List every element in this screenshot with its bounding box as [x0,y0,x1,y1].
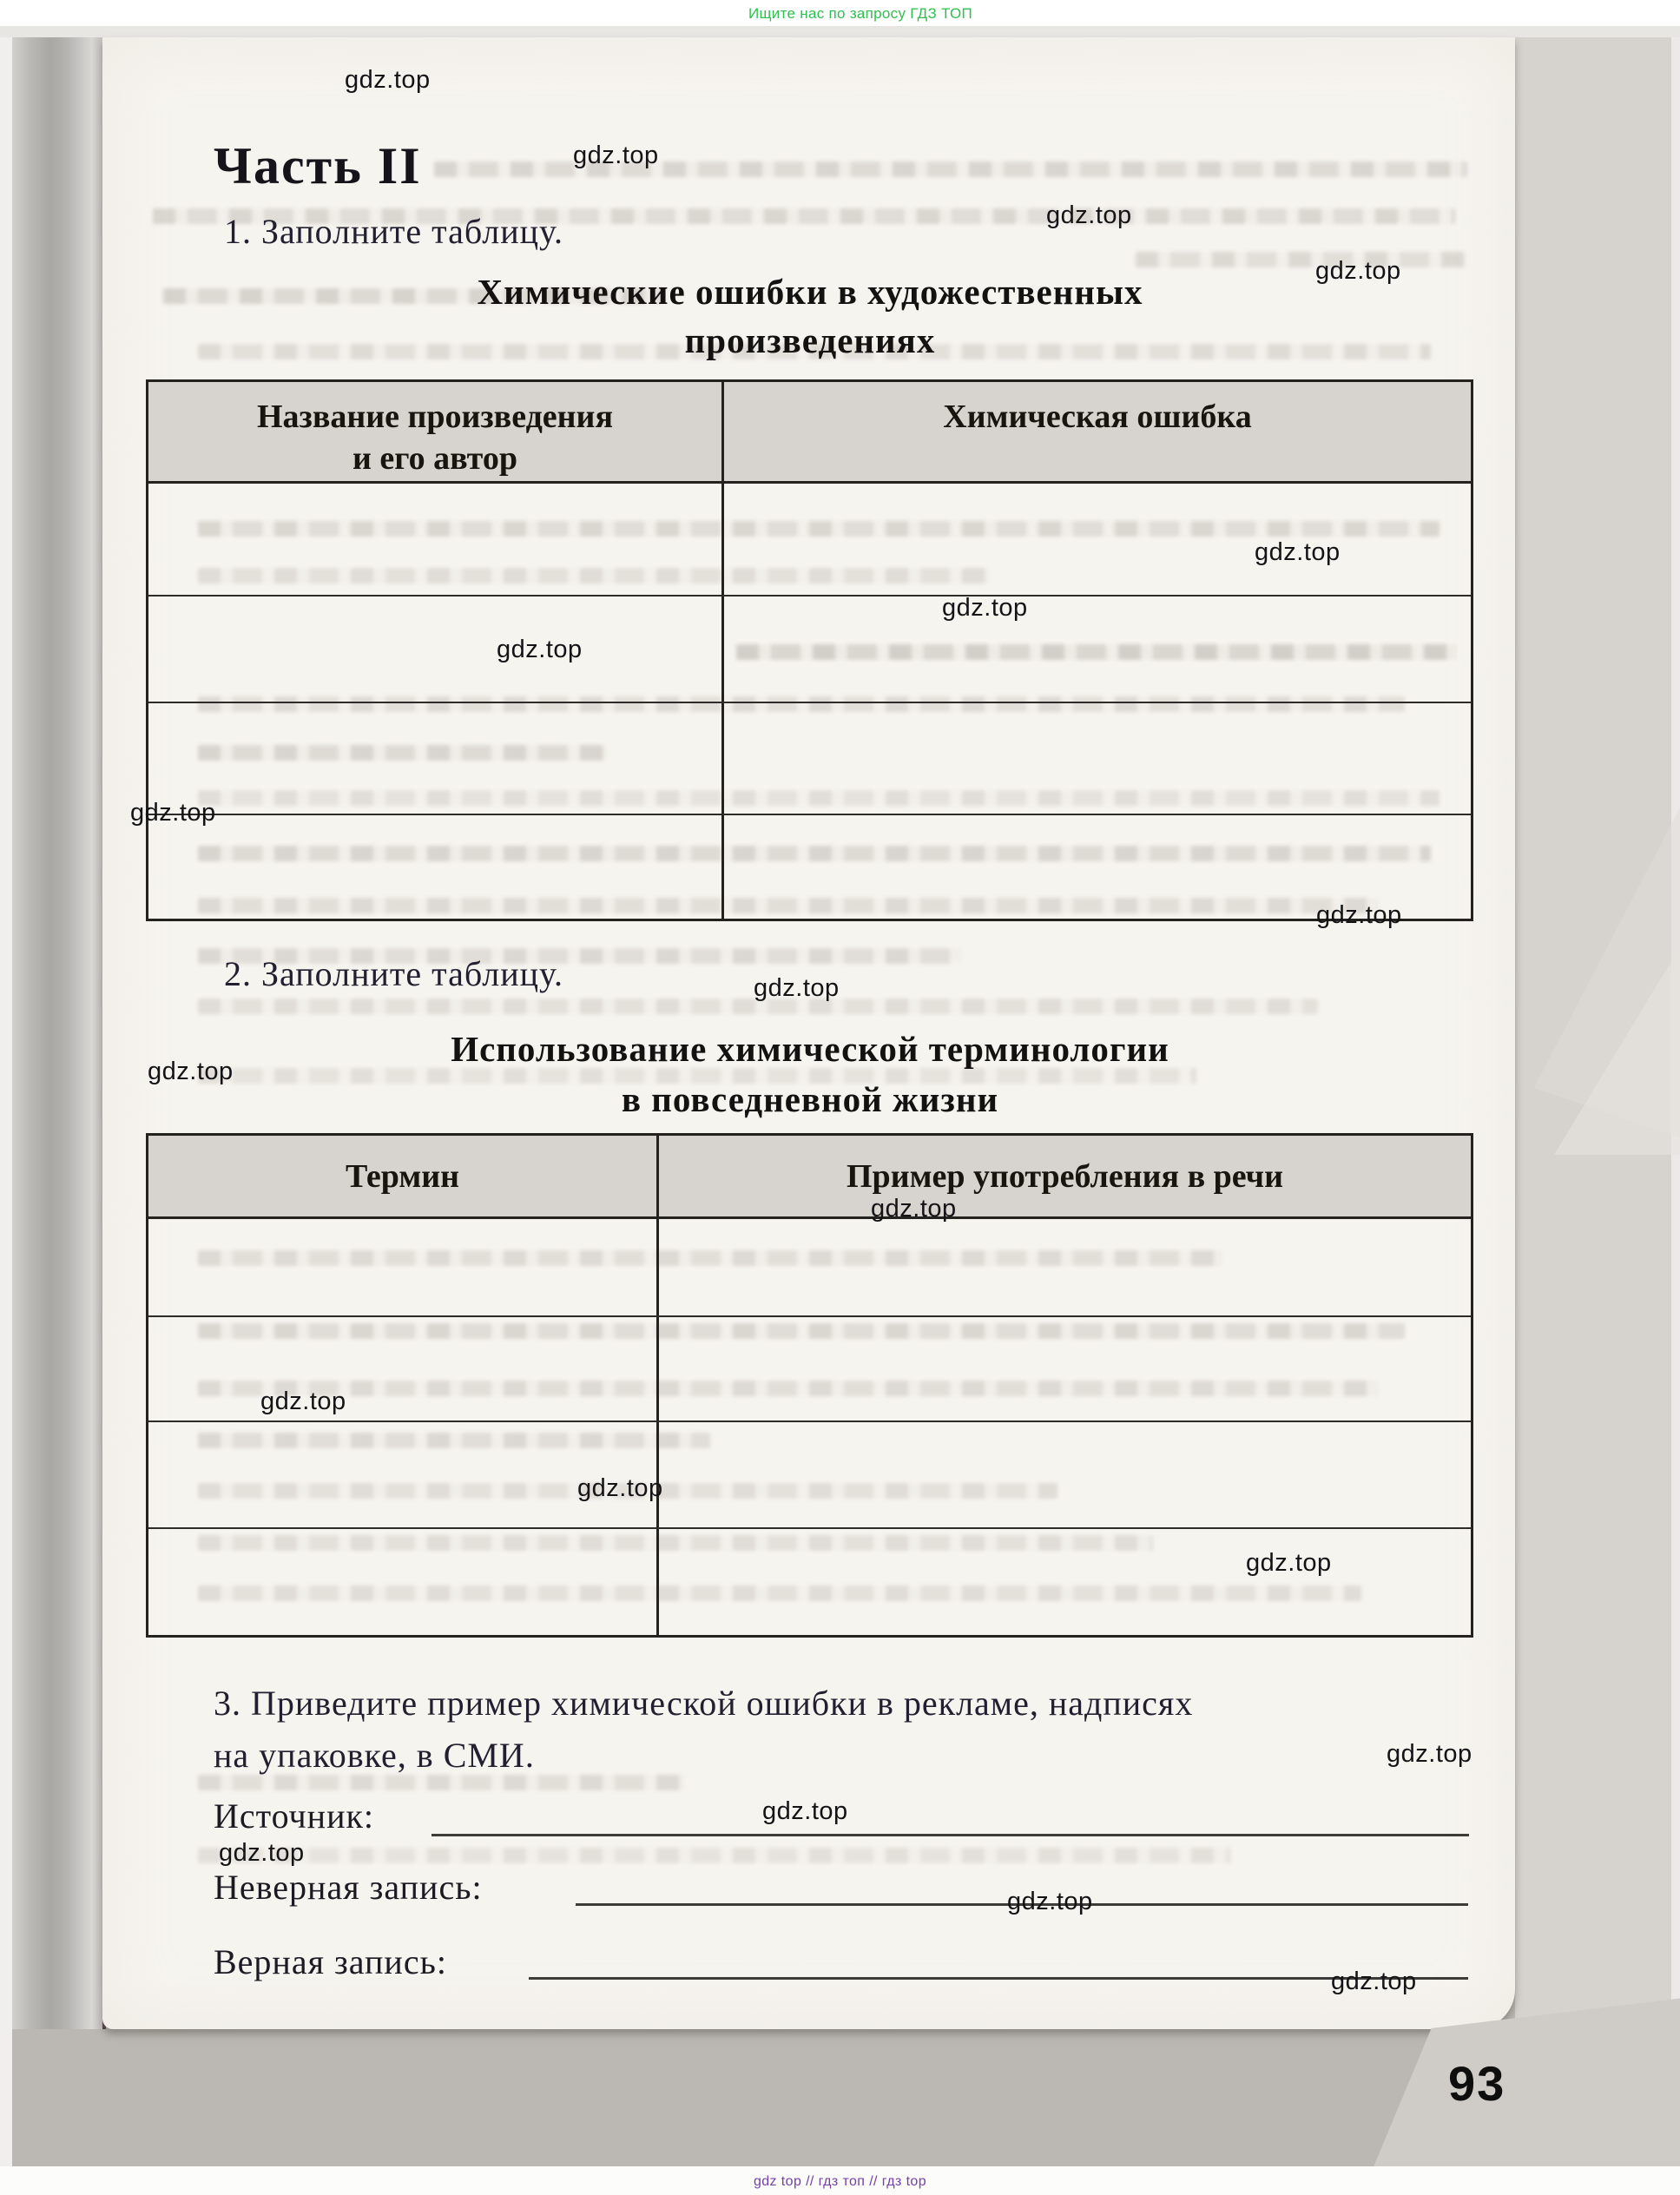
task-3-instruction-line-2: на упаковке, в СМИ. [214,1735,535,1776]
table-row [148,595,1471,702]
table-2-col-2-header: Пример употребления в речи [659,1136,1471,1216]
table-1: Название произведения и его автор Химиче… [146,379,1473,921]
table-1-col-2-header: Химическая ошибка [724,382,1471,481]
table-cell-empty [724,597,1471,702]
table-cell-empty [724,484,1471,595]
table-cell-empty [659,1529,1471,1635]
table-cell-empty [724,703,1471,814]
table-cell-empty [148,1317,659,1420]
scanner-left-edge [0,37,12,2166]
watermark: gdz.top [1007,1889,1093,1915]
watermark: gdz.top [1331,1969,1417,1994]
page-number: 93 [1448,2060,1505,2108]
table-row [148,702,1471,814]
table-cell-empty [148,703,724,814]
watermark: gdz.top [130,801,216,826]
bleed-through-line [198,1775,684,1790]
watermark: gdz.top [1255,540,1341,565]
watermark: gdz.top [762,1799,848,1824]
watermark: gdz.top [148,1059,234,1084]
table-cell-empty [659,1219,1471,1315]
table-row [148,814,1471,919]
watermark: gdz.top [942,596,1028,621]
bleed-through-line [1136,252,1466,267]
table-1-col-1-header-line-2: и его автор [148,438,721,479]
watermark: gdz.top [1315,259,1401,284]
promo-banner-top: Ищите нас по запросу ГДЗ ТОП [748,5,972,23]
bleed-through-line [198,1848,1231,1863]
table-cell-empty [148,484,724,595]
scanned-workbook-screenshot: Ищите нас по запросу ГДЗ ТОП Часть II 1.… [0,0,1680,2195]
table-cell-empty [148,815,724,919]
table-1-title-line-1: Химические ошибки в художественных [146,267,1474,317]
table-cell-empty [148,1529,659,1635]
source-label: Источник: [214,1796,374,1837]
watermark: gdz.top [1387,1742,1472,1767]
table-cell-empty [148,597,724,702]
watermark: gdz.top [260,1389,346,1414]
correct-entry-label: Верная запись: [214,1941,447,1983]
book-spine-shadow [12,37,106,2029]
table-1-header-row: Название произведения и его автор Химиче… [148,382,1471,484]
table-row [148,1219,1471,1315]
wrong-entry-label: Неверная запись: [214,1867,483,1908]
table-row [148,1315,1471,1420]
watermark: gdz.top [1316,903,1402,928]
watermark: gdz.top [1246,1551,1332,1576]
table-1-col-1-header-line-1: Название произведения [148,396,721,438]
table-2-col-1-header: Термин [148,1136,659,1216]
correct-entry-write-in-line [529,1977,1468,1980]
table-1-title-line-2: произведениях [146,316,1474,366]
table-row [148,1420,1471,1527]
watermark: gdz.top [577,1476,663,1501]
watermark: gdz.top [345,68,431,93]
top-gray-divider [0,26,1680,37]
watermark: gdz.top [497,637,583,662]
table-cell-empty [148,1219,659,1315]
table-1-col-1-header: Название произведения и его автор [148,382,724,481]
task-1-instruction: 1. Заполните таблицу. [224,211,563,253]
source-write-in-line [432,1834,1469,1836]
task-2-instruction: 2. Заполните таблицу. [224,953,563,995]
watermark: gdz.top [754,976,840,1001]
part-heading: Часть II [214,137,422,194]
table-cell-empty [659,1422,1471,1527]
watermark: gdz.top [1046,203,1132,228]
table-2-title-line-2: в повседневной жизни [146,1075,1474,1124]
watermark: gdz.top [573,143,659,168]
table-row [148,1527,1471,1635]
task-3-instruction-line-1: 3. Приведите пример химической ошибки в … [214,1683,1193,1724]
table-cell-empty [659,1317,1471,1420]
table-2-header-row: Термин Пример употребления в речи [148,1136,1471,1219]
promo-banner-bottom: gdz top // гдз топ // гдз top [0,2173,1680,2190]
table-2-title-line-1: Использование химической терминологии [146,1025,1474,1074]
watermark: gdz.top [219,1841,305,1866]
watermark: gdz.top [871,1196,957,1222]
